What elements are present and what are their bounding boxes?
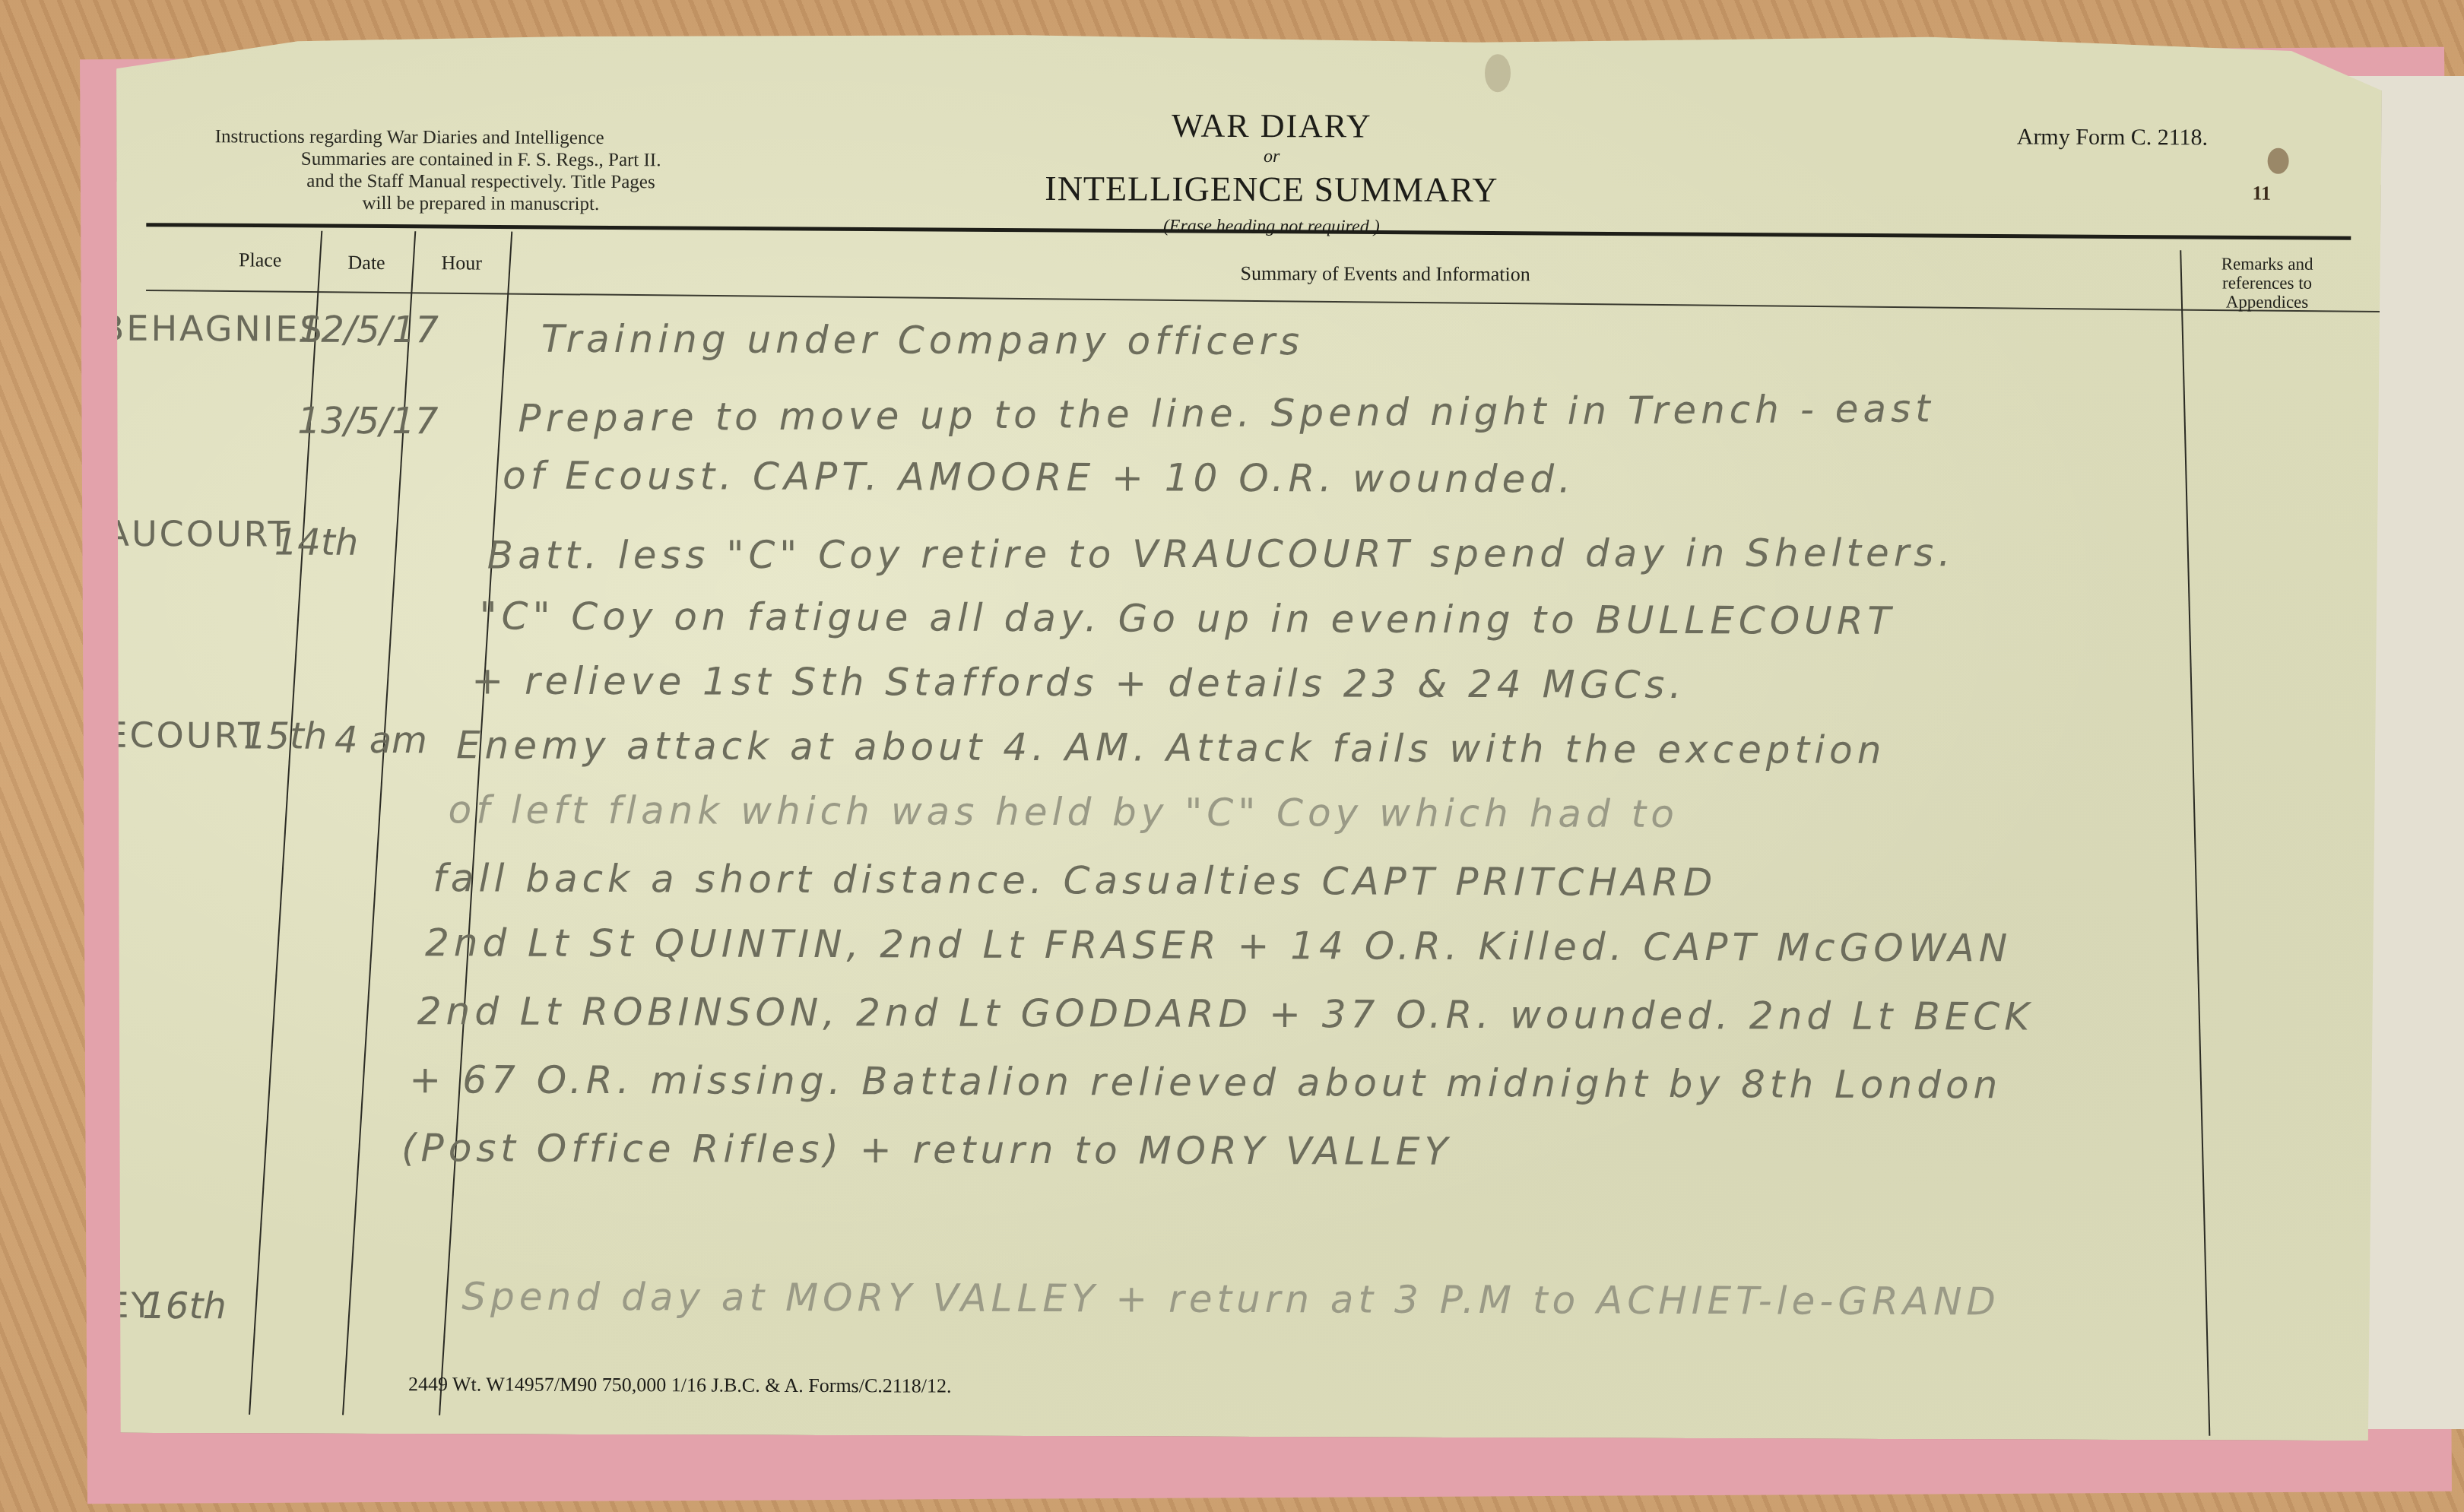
column-header-summary: Summary of Events and Information <box>1028 262 1743 287</box>
entry-date: 13/5/17 <box>297 400 438 443</box>
summary-line: "C" Coy on fatigue all day. Go up in eve… <box>479 594 1895 643</box>
title-or: or <box>937 146 1606 169</box>
instructions-line: will be prepared in manuscript. <box>214 192 747 215</box>
column-header-hour: Hour <box>412 252 511 274</box>
column-header-date: Date <box>321 252 412 274</box>
remarks-header-line: references to <box>2183 273 2351 293</box>
column-header-rule <box>146 290 2396 312</box>
entry-place: BEHAGNIES <box>100 308 325 350</box>
summary-line: Enemy attack at about 4. AM. Attack fail… <box>456 723 1886 772</box>
title-war-diary: WAR DIARY <box>937 106 1606 147</box>
instructions-line: Instructions regarding War Diaries and I… <box>215 125 747 149</box>
remarks-header-line: Remarks and <box>2183 254 2351 274</box>
entry-date: 14th <box>274 521 359 564</box>
army-form-number: Army Form C. 2118. <box>2017 125 2209 151</box>
entry-date: 16th <box>142 1285 227 1327</box>
summary-line: Prepare to move up to the line. Spend ni… <box>518 386 1935 440</box>
column-header-remarks: Remarks and references to Appendices <box>2183 254 2351 312</box>
entry-place: VALLEY <box>13 1284 155 1326</box>
printer-imprint: 2449 Wt. W14957/M90 750,000 1/16 J.B.C. … <box>408 1373 952 1397</box>
summary-line: fall back a short distance. Casualties C… <box>433 856 1717 905</box>
entry-place: BULLECOURT <box>8 714 262 756</box>
instructions-line: and the Staff Manual respectively. Title… <box>214 170 747 193</box>
summary-line: 2nd Lt ROBINSON, 2nd Lt GODDARD + 37 O.R… <box>417 989 2034 1038</box>
summary-line: of Ecoust. CAPT. AMOORE + 10 O.R. wounde… <box>503 454 1575 502</box>
war-diary-page: Instructions regarding War Diaries and I… <box>112 27 2382 1441</box>
punch-hole <box>1485 54 1511 92</box>
form-title: WAR DIARY or INTELLIGENCE SUMMARY (Erase… <box>937 106 1606 239</box>
summary-line: Training under Company officers <box>541 317 1304 364</box>
summary-line: Spend day at MORY VALLEY + return at 3 P… <box>461 1274 2000 1323</box>
erase-heading-note: (Erase heading not required.) <box>937 216 1606 239</box>
entry-hour: 4 am <box>335 719 427 762</box>
title-intelligence-summary: INTELLIGENCE SUMMARY <box>937 168 1606 211</box>
instructions-text: Instructions regarding War Diaries and I… <box>214 125 747 215</box>
summary-line: of left flank which was held by "C" Coy … <box>449 788 1679 836</box>
summary-line: (Post Office Rifles) + return to MORY VA… <box>401 1126 1452 1174</box>
summary-line: Batt. less "C" Coy retire to VRAUCOURT s… <box>487 531 1955 577</box>
summary-line: 2nd Lt St QUINTIN, 2nd Lt FRASER + 14 O.… <box>425 921 2012 970</box>
entry-date: 12/5/17 <box>298 309 439 352</box>
entry-date: 15th <box>243 715 328 757</box>
page-number: 11 <box>2252 182 2271 205</box>
remarks-header-line: Appendices <box>2183 292 2351 312</box>
summary-line: + relieve 1st Sth Staffords + details 23… <box>471 658 1685 707</box>
instructions-line: Summaries are contained in F. S. Regs., … <box>215 147 747 171</box>
punch-hole <box>2268 148 2289 174</box>
column-divider <box>2180 250 2210 1436</box>
summary-line: + 67 O.R. missing. Battalion relieved ab… <box>409 1057 2002 1107</box>
